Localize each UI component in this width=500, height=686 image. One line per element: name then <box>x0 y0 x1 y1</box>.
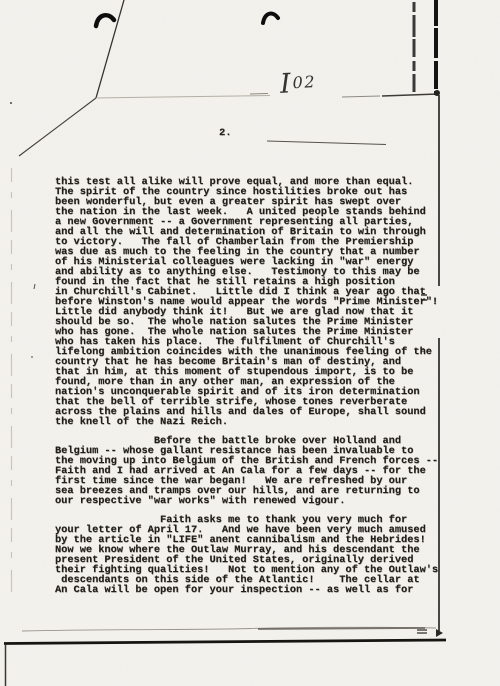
bottom-scan-line <box>4 640 446 644</box>
bottom-corner-wedge <box>436 629 443 637</box>
paragraph-3: Faith asks me to thank you very much for… <box>55 515 438 595</box>
handwritten-note-digits: 02 <box>292 72 316 92</box>
paragraph-1: this test all alike will prove equal, an… <box>55 177 438 427</box>
bottom-equals-mark <box>417 630 427 633</box>
fold-crease-lower <box>19 98 96 156</box>
handwritten-note: I02 <box>279 67 317 100</box>
speck-top-left <box>10 102 12 104</box>
page-number: 2. <box>219 127 232 139</box>
fold-crease-upper <box>96 0 124 98</box>
scanned-letter-page: I02 2. this test all alike will prove eq… <box>0 0 500 686</box>
underline-mark <box>267 141 386 145</box>
left-margin-tick <box>34 284 35 289</box>
punch-hole-left-icon <box>96 15 114 26</box>
speck-left-mid <box>31 356 33 358</box>
paragraph-2: Before the battle broke over Holland and… <box>55 436 438 506</box>
punch-hole-right-icon <box>263 14 278 23</box>
corner-blob <box>434 90 440 96</box>
sheet-bottom-edge-faint <box>22 627 436 631</box>
sheet-bottom-edge-dark <box>258 628 425 629</box>
sheet-top-edge-right <box>382 94 438 96</box>
sheet-top-edge-faint <box>96 96 270 99</box>
